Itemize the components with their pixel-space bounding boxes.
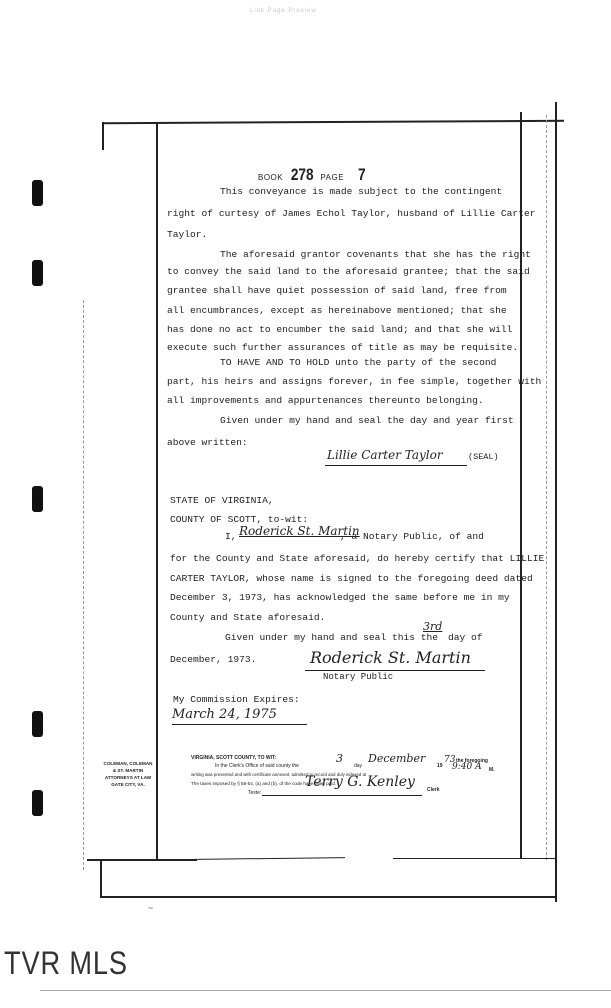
body-line: TO HAVE AND TO HOLD unto the party of th… [220,357,496,368]
given-day-handwritten: 3rd [423,620,442,633]
bottom-edge-line [40,990,611,991]
ack-line-5: County and State aforesaid. [170,612,325,623]
body-line: has done no act to encumber the said lan… [167,324,512,335]
body-line: above written: [167,437,248,448]
clerk-line-1: VIRGINIA, SCOTT COUNTY, TO WIT: [191,755,276,761]
ack-line-3: CARTER TAYLOR, whose name is signed to t… [170,573,533,584]
clerk-line-2-prefix: In the Clerk's Office of said county the [215,763,299,769]
body-line: execute such further assurances of title… [167,342,518,353]
ack-line-4: December 3, 1973, has acknowledged the s… [170,592,510,603]
page-number: 7 [358,165,366,185]
body-line: right of curtesy of James Echol Taylor, … [167,208,535,219]
firm-line: Attorneys at Law [96,774,160,781]
commission-date-line [172,724,307,725]
outer-top-border [102,120,564,124]
teste-label: Teste: [248,790,261,796]
clerk-time-suffix: M. [489,767,495,773]
body-line: all encumbrances, except as hereinabove … [167,305,507,316]
firm-line: Coleman, Coleman [96,760,160,767]
page-bottom-border [87,859,197,861]
clerk-signature: Terry G. Kenley [305,774,415,790]
page-bottom-border-2 [195,857,345,860]
body-line: This conveyance is made subject to the c… [220,186,502,197]
punch-hole [32,790,43,816]
book-number: 278 [290,165,313,185]
scan-mark: ~ [148,904,153,914]
punch-hole [32,180,43,206]
lower-box-bottom [100,896,556,898]
page-bottom-border-3 [393,858,555,859]
commission-label: My Commission Expires: [173,694,300,705]
given-line-suffix: day of [448,632,483,643]
notary-title: Notary Public [323,672,393,682]
book-label: BOOK [258,173,283,182]
notary-signature: Roderick St. Martin [310,648,471,667]
left-dotted-margin [83,300,84,870]
clerk-label: Clerk [427,787,440,793]
grantor-signature: Lillie Carter Taylor [327,448,443,462]
punch-hole [32,486,43,512]
firm-line: Gate City, Va. [96,781,160,788]
grantor-signature-line [325,465,467,466]
outer-left-border [102,122,104,150]
mls-watermark: TVR MLS [4,945,128,982]
right-dotted-margin [546,115,547,860]
page-left-border [156,123,158,860]
lower-box-left [100,860,102,897]
clerk-time-handwritten: 9:40 A [452,762,482,772]
commission-date-handwritten: March 24, 1975 [172,707,277,722]
given-date: December, 1973. [170,654,256,665]
body-line: to convey the said land to the aforesaid… [167,266,530,277]
lower-box-right [555,858,557,897]
given-line-prefix: Given under my hand and seal this the [225,632,438,643]
clerk-day-label: day [354,763,362,769]
seal-label: (SEAL) [468,452,499,462]
page-label: PAGE [320,173,344,182]
ack-line-2: for the County and State aforesaid, do h… [170,553,544,564]
body-line: Given under my hand and seal the day and… [220,415,514,426]
ack-line-1-suffix: , a Notary Public, of and [340,531,484,542]
outer-right-border [555,102,557,902]
punch-hole [32,260,43,286]
attorney-firm-stamp: Coleman, Coleman & St. Martin Attorneys … [96,760,160,788]
page-right-border [520,112,522,859]
body-line: The aforesaid grantor covenants that she… [220,249,531,260]
ack-line-1-prefix: I, [225,531,237,542]
faint-header-text: Link Page Preview [250,8,317,14]
body-line: Taylor. [167,229,207,240]
body-line: grantee shall have quiet possession of s… [167,285,507,296]
body-line: all improvements and appurtenances there… [167,395,484,406]
state-heading: STATE OF VIRGINIA, [170,495,274,506]
body-line: part, his heirs and assigns forever, in … [167,376,541,387]
clerk-month-handwritten: December [368,752,425,765]
firm-line: & St. Martin [96,767,160,774]
teste-line [262,795,422,796]
clerk-day-handwritten: 3 [336,752,343,765]
punch-hole [32,711,43,737]
clerk-year-prefix: 19 [437,763,443,769]
book-page-reference: BOOK 278 PAGE 7 [258,165,367,185]
